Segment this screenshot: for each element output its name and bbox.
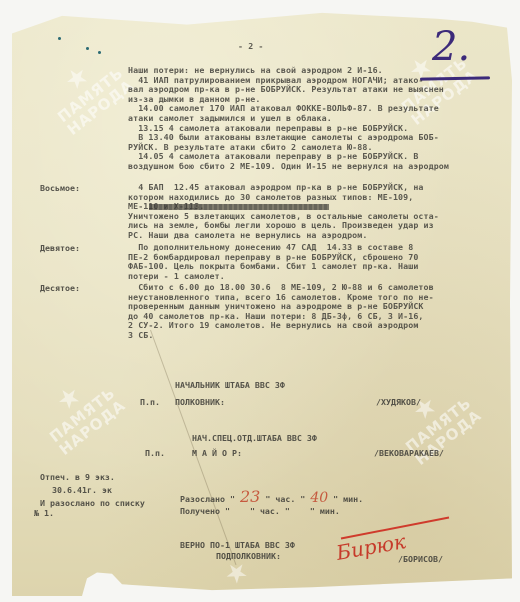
sent-hours: 23 <box>240 487 260 506</box>
report-line: воздушном бою сбито 2 МЕ-109. Один И-15 … <box>128 162 449 172</box>
report-line: 2 СУ-2. Итого 19 самолетов. Не вернулись… <box>128 321 418 331</box>
signature-rank: ПОЛКОВНИК: <box>175 397 225 407</box>
signature-name: /ХУДЯКОВ/ <box>376 397 421 407</box>
dispatch-sent: Разослано " 23 " час. " 40 " мин. <box>180 487 363 506</box>
handwritten-page-number: 2. <box>432 24 470 70</box>
signature-name: /ВЕКОВАРАКАЕВ/ <box>374 448 444 458</box>
date-note: 30.6.41г. эк <box>52 485 112 495</box>
ink-spot <box>86 47 89 50</box>
signature-rank: М А Й О Р: <box>192 448 242 458</box>
signature-prefix: П.п. <box>140 397 160 407</box>
ink-spot <box>98 51 101 54</box>
distribution-note: И разослано по списку <box>40 498 145 508</box>
report-line: потери - 1 самолет. <box>128 272 225 282</box>
page-marker: - 2 - <box>238 42 263 52</box>
certification-line: ВЕРНО ПО-1 ШТАБА ВВС ЗФ <box>180 540 295 550</box>
certification-name: /БОРИСОВ/ <box>398 554 443 564</box>
struck-out-text <box>149 204 329 210</box>
dispatch-received: Получено " " час. " " мин. <box>180 506 340 516</box>
section-label: Девятое: <box>40 243 80 253</box>
sent-minutes: 40 <box>310 490 328 506</box>
ink-spot <box>58 37 61 40</box>
copies-note: Отпеч. в 9 экз. <box>40 472 115 482</box>
signature-prefix: П.п. <box>145 448 165 458</box>
list-number: № 1. <box>34 508 54 518</box>
report-line: РС. Наши два самолета не вернулись на аэ… <box>128 231 367 241</box>
section-label: Десятое: <box>40 283 80 293</box>
section-label: Восьмое: <box>40 183 80 193</box>
certification-rank: ПОДПОЛКОВНИК: <box>216 551 281 561</box>
signature-title: НАЧ.СПЕЦ.ОТД.ШТАБА ВВС ЗФ <box>192 433 317 443</box>
report-line: 3 СБ. <box>128 331 153 341</box>
signature-title: НАЧАЛЬНИК ШТАБА ВВС ЗФ <box>175 380 285 390</box>
